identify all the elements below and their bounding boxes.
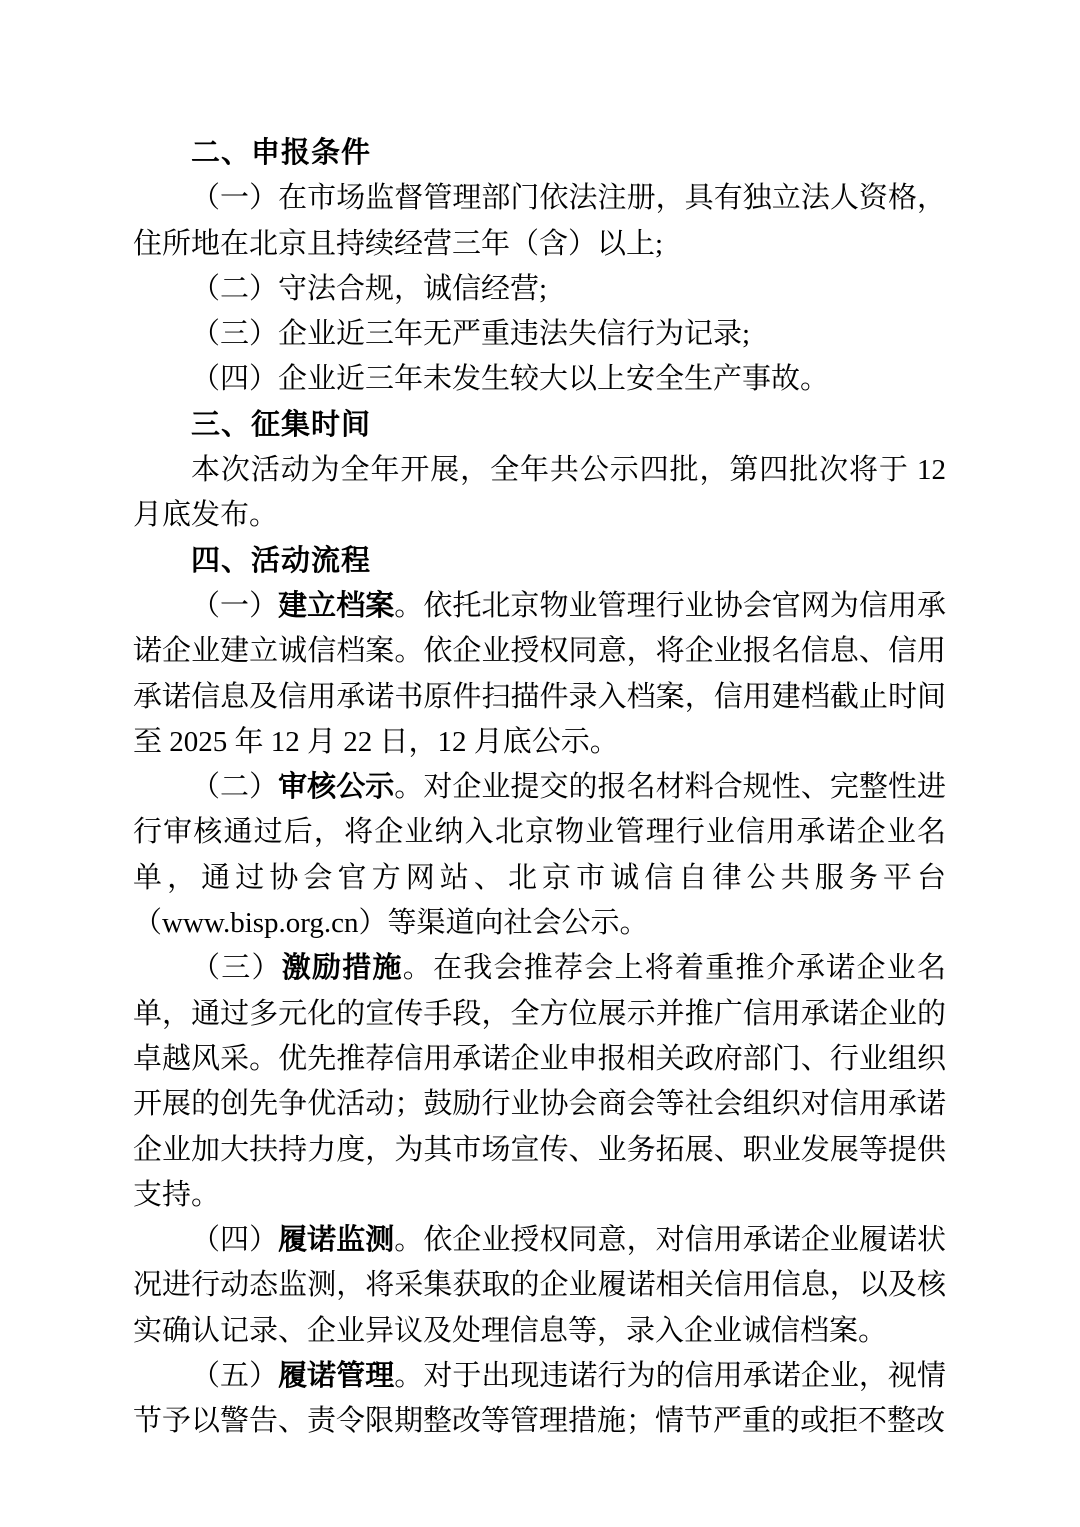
step-title: 履诺监测 (278, 1224, 394, 1256)
heading-activity-process: 四、活动流程 (133, 539, 946, 584)
process-step-establish-archives: （一）建立档案。依托北京物业管理行业协会官网为信用承诺企业建立诚信档案。依企业授… (133, 584, 946, 765)
process-step-review-publicity: （二）审核公示。对企业提交的报名材料合规性、完整性进行审核通过后，将企业纳入北京… (133, 765, 946, 946)
condition-item-1: （一）在市场监督管理部门依法注册，具有独立法人资格，住所地在北京且持续经营三年（… (133, 176, 946, 267)
document-page: 二、申报条件 （一）在市场监督管理部门依法注册，具有独立法人资格，住所地在北京且… (0, 0, 1080, 1527)
step-body: 。在我会推荐会上将着重推介承诺企业名单，通过多元化的宣传手段，全方位展示并推广信… (133, 952, 946, 1210)
process-step-promise-management: （五）履诺管理。对于出现违诺行为的信用承诺企业，视情节予以警告、责令限期整改等管… (133, 1354, 946, 1445)
process-step-promise-monitoring: （四）履诺监测。依企业授权同意，对信用承诺企业履诺状况进行动态监测，将采集获取的… (133, 1218, 946, 1354)
step-number: （五） (191, 1360, 278, 1392)
step-number: （四） (191, 1224, 278, 1256)
step-title: 激励措施 (282, 952, 403, 984)
step-number: （二） (191, 771, 278, 803)
heading-application-conditions: 二、申报条件 (133, 131, 946, 176)
collection-time-paragraph: 本次活动为全年开展，全年共公示四批，第四批次将于 12 月底发布。 (133, 448, 946, 539)
step-title: 审核公示 (278, 771, 394, 803)
step-number: （一） (191, 590, 278, 622)
condition-item-2: （二）守法合规，诚信经营; (133, 267, 946, 312)
heading-collection-time: 三、征集时间 (133, 403, 946, 448)
step-title: 建立档案 (278, 590, 394, 622)
condition-item-3: （三）企业近三年无严重违法失信行为记录; (133, 312, 946, 357)
process-step-incentive-measures: （三）激励措施。在我会推荐会上将着重推介承诺企业名单，通过多元化的宣传手段，全方… (133, 946, 946, 1218)
step-title: 履诺管理 (278, 1360, 394, 1392)
document-content: 二、申报条件 （一）在市场监督管理部门依法注册，具有独立法人资格，住所地在北京且… (133, 131, 946, 1445)
condition-item-4: （四）企业近三年未发生较大以上安全生产事故。 (133, 357, 946, 402)
step-number: （三） (191, 952, 282, 984)
